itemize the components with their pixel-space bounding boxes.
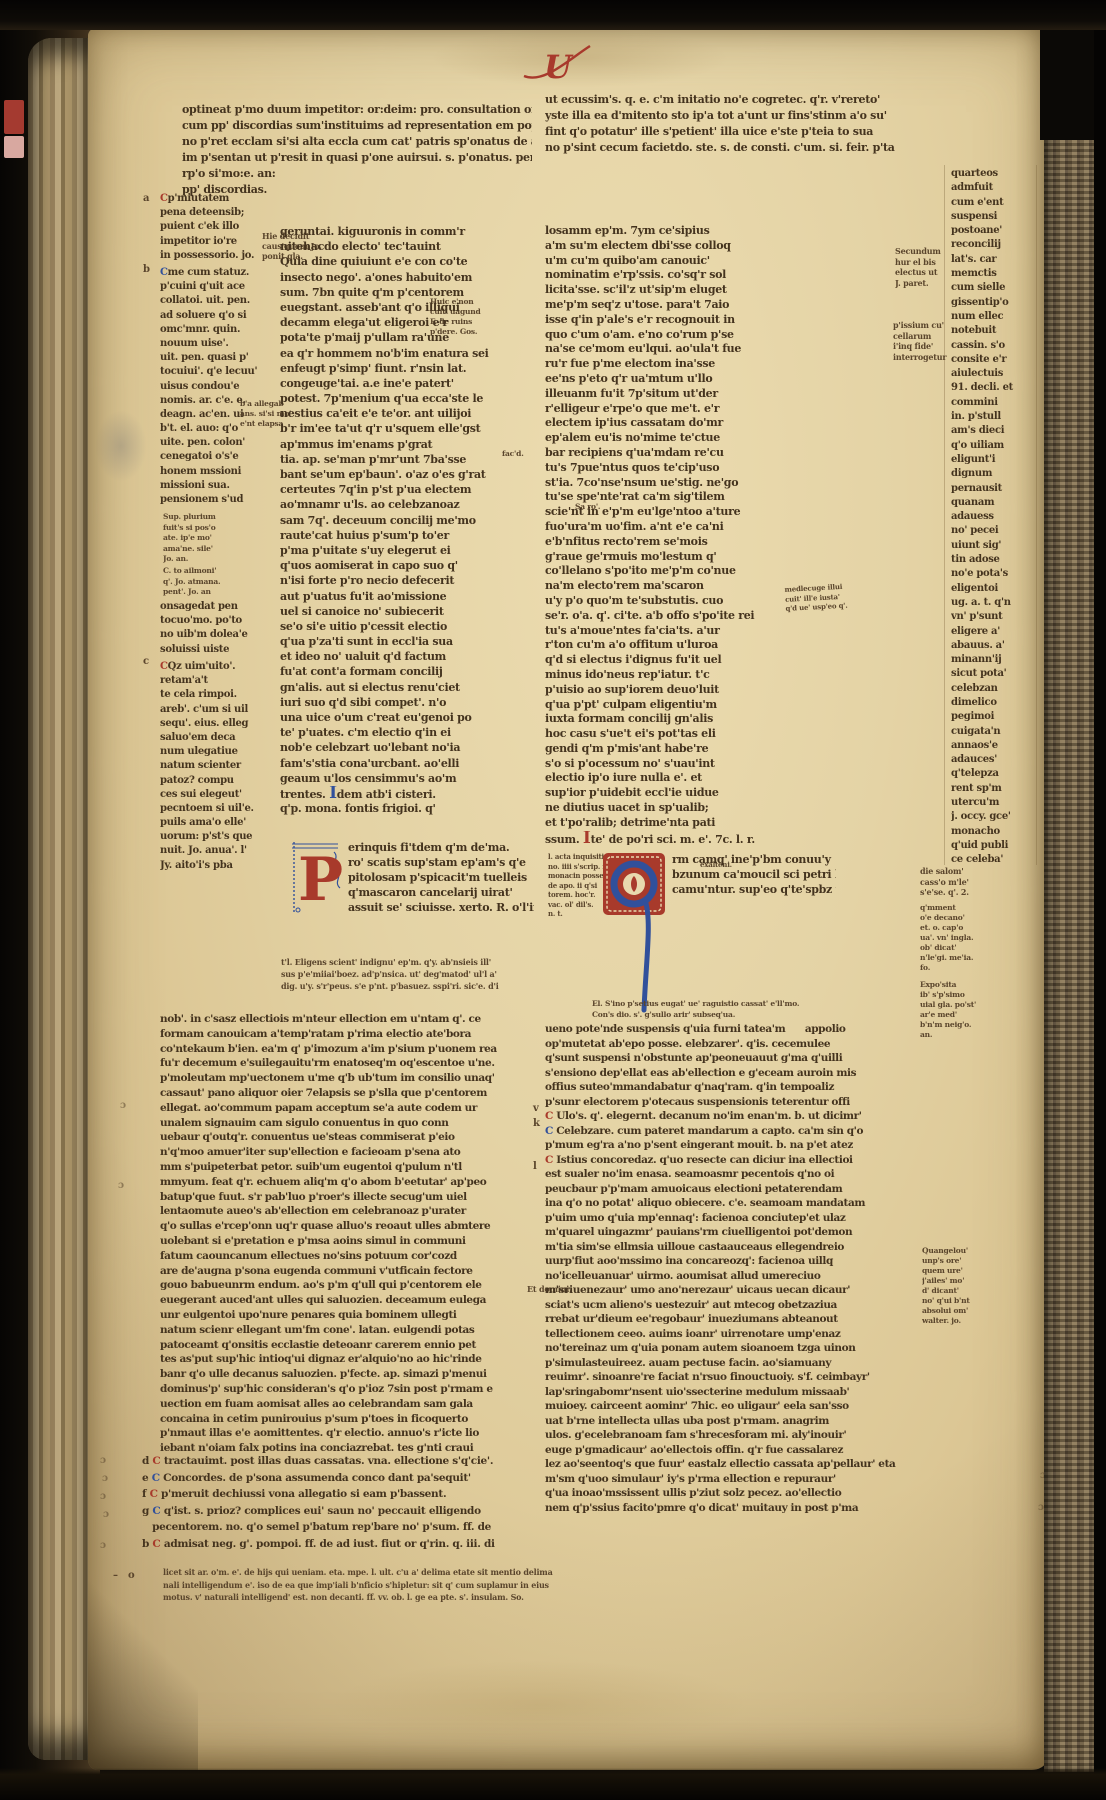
red-bookmark-tab: [4, 100, 24, 134]
top-left-text-block: optineat p'mo duum impetitor: or:deim: p…: [182, 102, 532, 198]
decorated-initial-P-icon: P: [288, 838, 344, 918]
gloss-qmment: q'mmento'e decano'et. o. cap'oua'. vn' i…: [920, 903, 996, 973]
margin-squiggle: ɔ: [100, 1455, 106, 1466]
svg-text:P: P: [298, 845, 343, 915]
gloss-die-salom: die salom'cass'o m'le's'e'se. q'. 2.: [920, 866, 990, 898]
top-black-edge: [0, 0, 1106, 30]
margin-squiggle: ɔ: [103, 1509, 109, 1520]
manuscript-photo: U optineat p'mo duum impetitor: or:deim:…: [0, 0, 1106, 1800]
gloss-sup-plurium: Sup. pluriumfuit's si pos'oate. ip'e mo'…: [163, 512, 241, 565]
gloss-cto-ailmoni: C. to ailmoni'q'. Jo. atmana.pent'. Jo. …: [163, 566, 241, 598]
left-gloss-section-c: CQz uim'uito'.retam'a'tte cela rimpoi.ar…: [160, 660, 260, 873]
fore-edge-pages: [1044, 132, 1098, 1772]
main-column-1-p-section: erinquis fi'tdem q'm de'ma.ro' scatis su…: [348, 840, 534, 915]
footnote-mark: –: [113, 1570, 121, 1581]
rubric-letter-icon: U: [522, 42, 592, 88]
gloss-exposita: Expo'sitaib' s'p'simouial gla. po'st'ar'…: [920, 980, 996, 1040]
margin-squiggle: ɔ: [102, 1473, 108, 1484]
footnote-mark-o: o: [128, 1570, 135, 1581]
initial-P: P: [288, 838, 344, 918]
margin-squiggle: ɔ: [100, 1491, 106, 1502]
margin-letter-k: k: [533, 1118, 540, 1129]
right-black-edge: [1094, 0, 1106, 1800]
lower-left-column: nob'. in c'sasz ellectiois m'nteur ellec…: [160, 1012, 534, 1456]
left-gloss-section-b: Cme cum statuz.p'cuini q'uit acecollatoi…: [160, 266, 260, 507]
left-gloss-section-a: Cp'miutatempena deteensib;puient c'ek il…: [160, 192, 260, 263]
main-column-1-upper: geruntai. kiguuronis in comm'rnitehacdo …: [280, 224, 534, 816]
left-page-edges: [28, 38, 94, 1760]
gloss-quangelou: Quangelou'unp's ore'quem ure'j'ailes' mo…: [922, 1246, 998, 1326]
pink-bookmark-tab: [4, 136, 24, 158]
top-right-text-block: ut ecussim's. q. e. c'm initatio no'e co…: [545, 92, 913, 156]
left-gloss-section-b2: onsagedat pentocuo'mo. po'tono uib'm dol…: [160, 600, 260, 657]
bottom-stain: [330, 1660, 750, 1750]
margin-squiggle: ɔ: [100, 1540, 106, 1551]
margin-squiggle: ɔ: [118, 1180, 124, 1191]
gray-stain: [95, 410, 147, 482]
margin-letter-a: a: [143, 193, 149, 204]
bottom-marker-lines: d C tractauimt. post illas duas cassatas…: [142, 1453, 572, 1552]
main-column-2-q-section: rm camq' ine'p'bm conuu'ybzunum ca'mouci…: [672, 852, 836, 897]
margin-letter-b: b: [143, 264, 150, 275]
gloss-secundum: Secundumhur el biselectus utJ. paret.: [895, 246, 957, 288]
right-word-column: quarteosadmfuitcum e'entsuspensipostoane…: [951, 167, 1035, 868]
main-column-1-small-script: t'l. Eligens scient' indignu' ep'm. q'y.…: [281, 956, 541, 992]
initial-Q: [600, 850, 670, 1020]
running-title-letter: U: [522, 42, 592, 88]
footnote-block: licet sit ar. o'm. e'. de hijs qui uenia…: [163, 1566, 603, 1604]
svg-text:U: U: [544, 48, 574, 86]
bottom-black-edge: [0, 1768, 1106, 1800]
ruling-line: [1036, 165, 1037, 865]
gloss-pissium: p'issium cu'cellarumi'inq fide'interroge…: [893, 320, 957, 362]
margin-squiggle: ɔ: [120, 1100, 126, 1111]
main-column-2-upper: losamm ep'm. 7ym ce'sipiusa'm su'm elect…: [545, 224, 835, 845]
lower-right-column: ueno pote'nde suspensis q'uia furni tate…: [545, 1022, 917, 1515]
margin-letter-c: c: [143, 656, 149, 667]
decorated-initial-Q-icon: [600, 850, 670, 1020]
main-column-2-small-script: El. S'ino p'setius eugat' ue' raguistio …: [592, 998, 892, 1020]
